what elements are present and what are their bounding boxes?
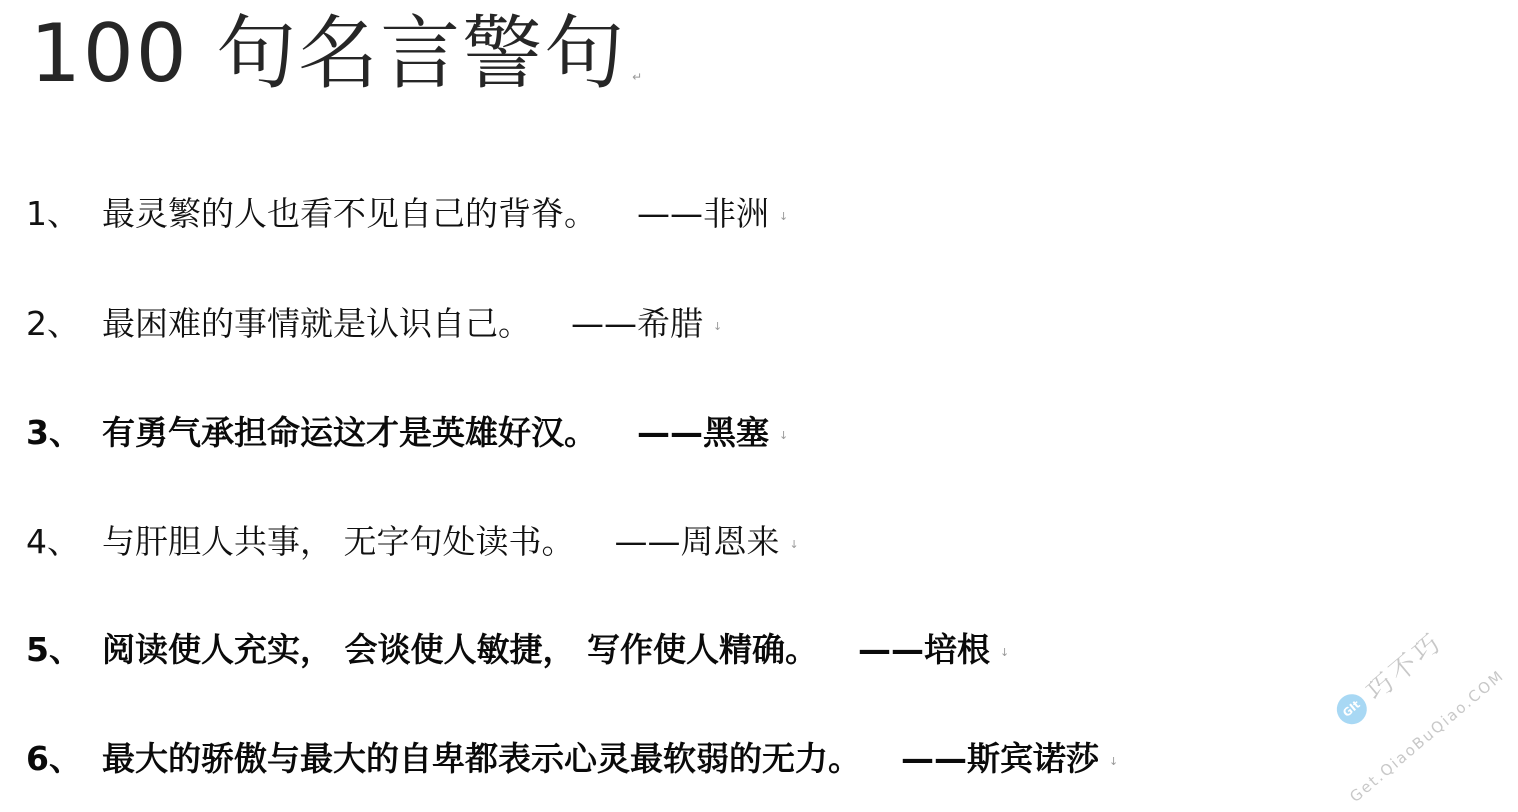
quote-item-4: 4、 与肝胆人共事， 无字句处读书。 ——周恩来 ↓: [26, 514, 799, 564]
watermark-url: Get.QiaoBuQiao.COM: [1346, 666, 1507, 806]
line-break-mark-icon: ↓: [779, 210, 788, 223]
quote-number: 3、: [26, 407, 102, 454]
watermark-logo-icon: GIt: [1330, 688, 1372, 730]
quote-author: ——黑塞: [637, 407, 769, 454]
quote-author: ——培根: [858, 624, 990, 671]
quote-number: 1、: [26, 188, 102, 235]
quote-author: ——周恩来: [615, 516, 780, 563]
quote-text: 与肝胆人共事， 无字句处读书。: [102, 516, 575, 563]
quote-number: 4、: [26, 516, 102, 563]
document-title: 100 句名言警句↵: [30, 4, 642, 127]
quote-item-5: 5、 阅读使人充实， 会谈使人敏捷， 写作使人精确。 ——培根 ↓: [26, 622, 1009, 672]
quote-number: 6、: [26, 733, 102, 780]
line-break-mark-icon: ↓: [1000, 646, 1009, 659]
line-break-mark-icon: ↓: [779, 429, 788, 442]
quote-text: 阅读使人充实， 会谈使人敏捷， 写作使人精确。: [102, 624, 818, 671]
quote-author: ——斯宾诺莎: [901, 733, 1099, 780]
quote-number: 2、: [26, 298, 102, 345]
quote-author: ——希腊: [571, 298, 703, 345]
title-text: 100 句名言警句: [30, 7, 626, 100]
quote-item-6: 6、 最大的骄傲与最大的自卑都表示心灵最软弱的无力。 ——斯宾诺莎 ↓: [26, 731, 1118, 781]
watermark-brand: GIt巧不巧: [1328, 622, 1450, 733]
quote-author: ——非洲: [637, 188, 769, 235]
quote-number: 5、: [26, 624, 102, 671]
quote-text: 最困难的事情就是认识自己。: [102, 298, 531, 345]
watermark-name: 巧不巧: [1357, 622, 1450, 708]
quote-text: 最灵繁的人也看不见自己的背脊。: [102, 188, 597, 235]
quote-item-2: 2、 最困难的事情就是认识自己。 ——希腊 ↓: [26, 296, 722, 346]
line-break-mark-icon: ↓: [713, 320, 722, 333]
quote-text: 最大的骄傲与最大的自卑都表示心灵最软弱的无力。: [102, 733, 861, 780]
paragraph-mark-icon: ↵: [632, 70, 642, 84]
line-break-mark-icon: ↓: [790, 538, 799, 551]
quote-item-1: 1、 最灵繁的人也看不见自己的背脊。 ——非洲 ↓: [26, 186, 788, 236]
quote-text: 有勇气承担命运这才是英雄好汉。: [102, 407, 597, 454]
quote-item-3: 3、 有勇气承担命运这才是英雄好汉。 ——黑塞 ↓: [26, 405, 788, 455]
watermark: GIt巧不巧 Get.QiaoBuQiao.COM: [1330, 640, 1518, 810]
line-break-mark-icon: ↓: [1109, 755, 1118, 768]
